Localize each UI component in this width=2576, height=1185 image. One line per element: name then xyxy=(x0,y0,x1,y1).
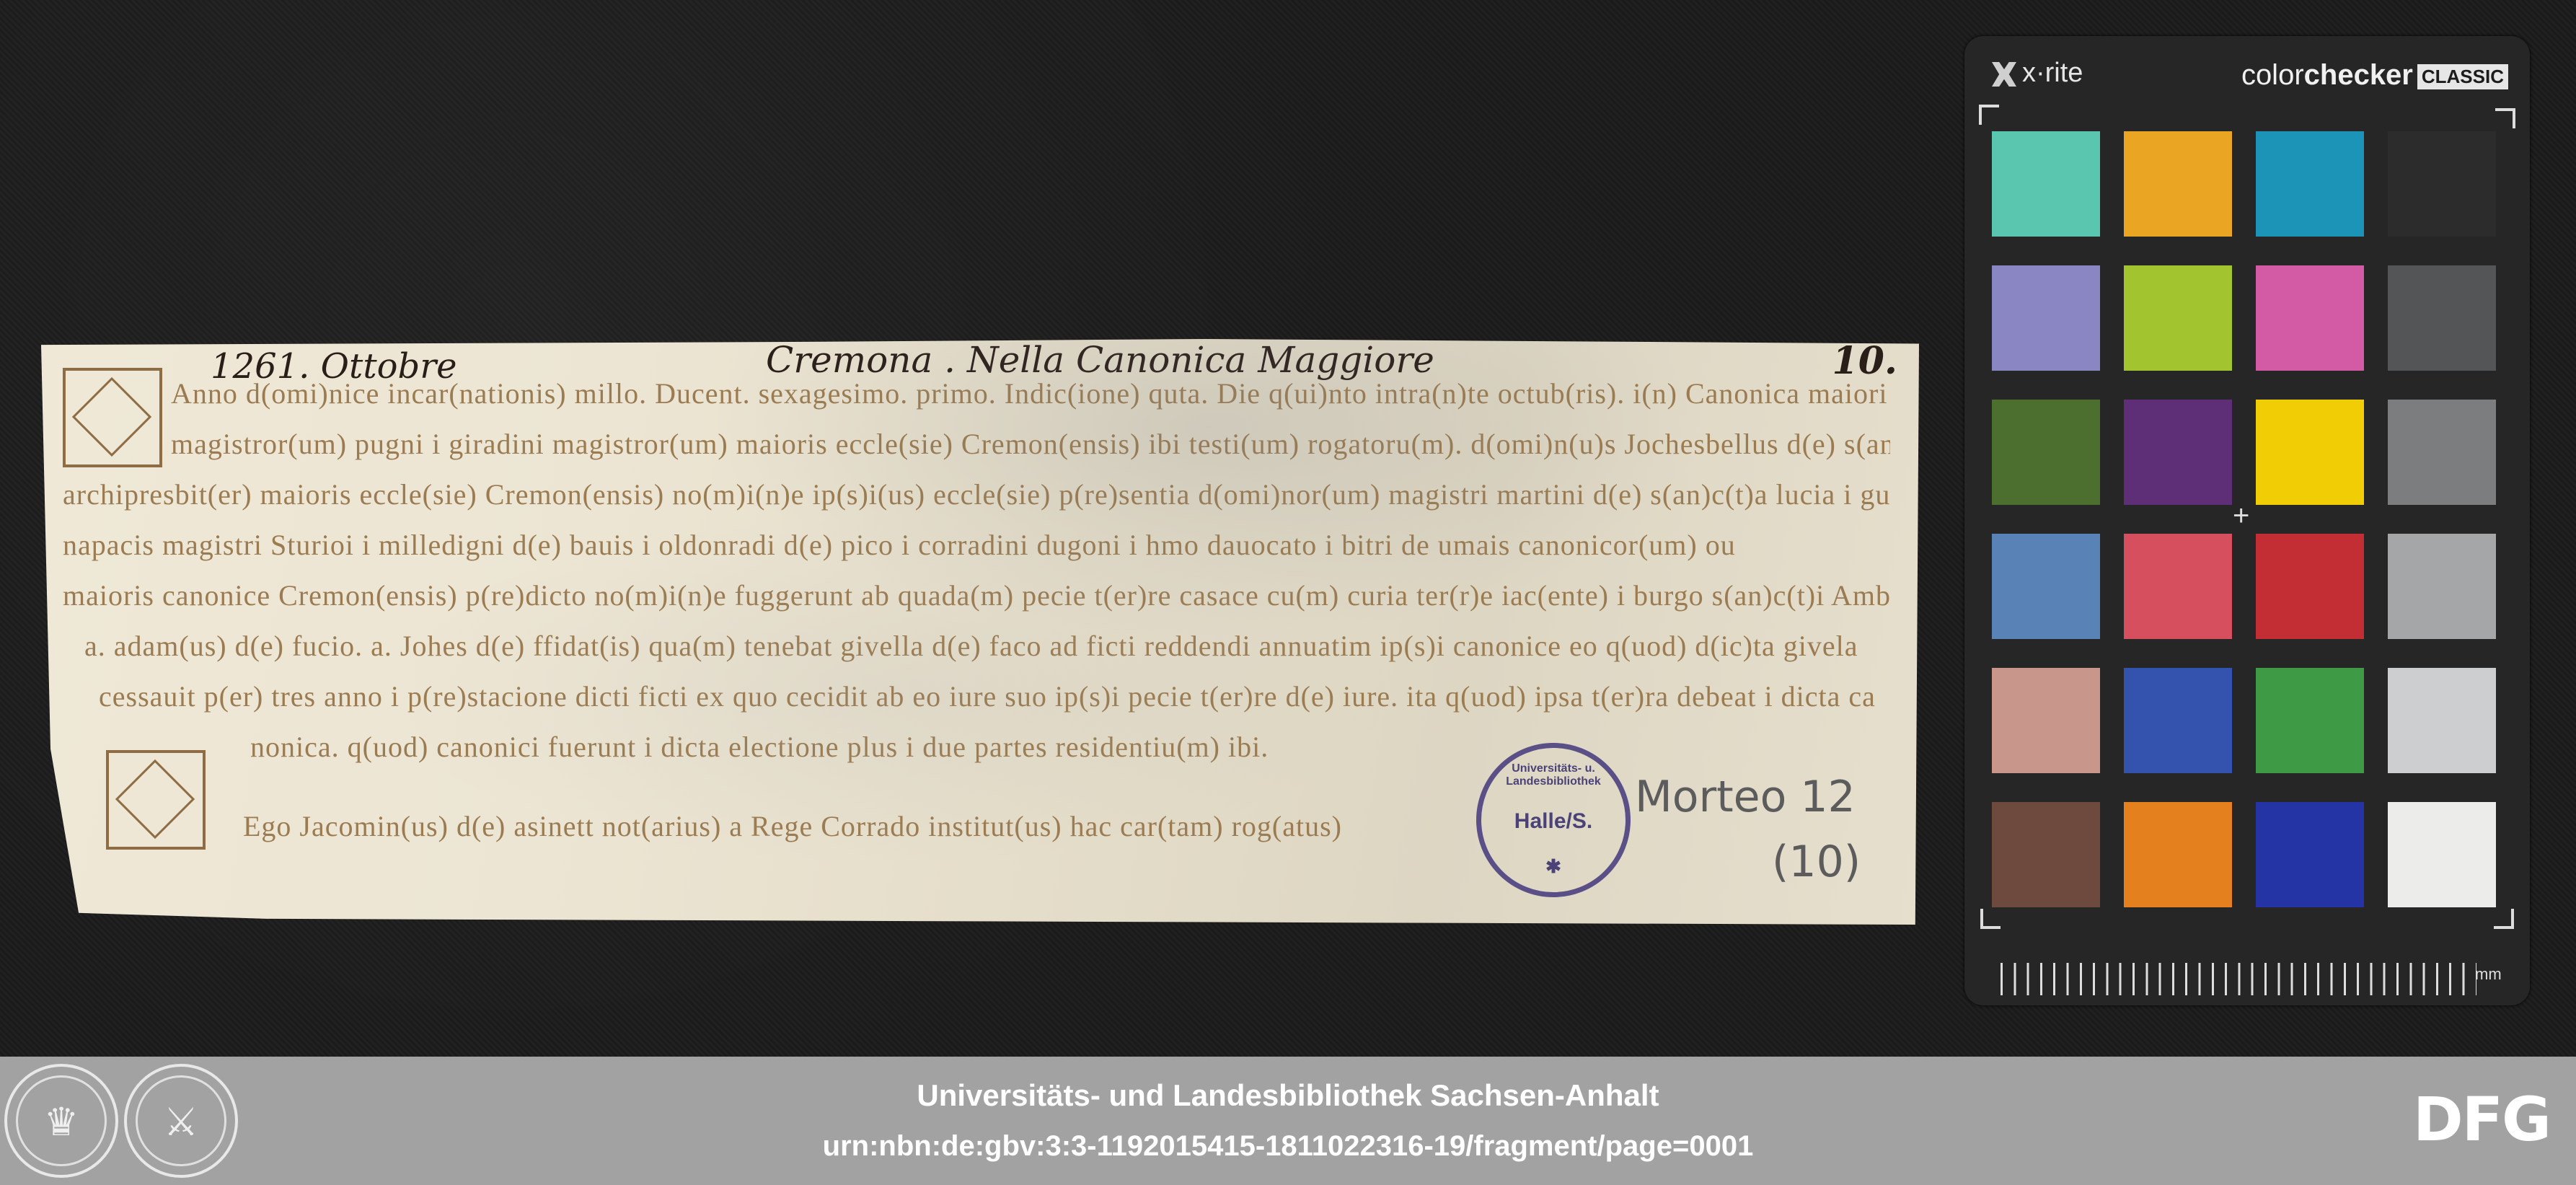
color-patch-blue-flower xyxy=(1992,265,2100,371)
text-line: Anno d(omi)nice incar(nationis) millo. D… xyxy=(171,376,1890,410)
color-patch-white xyxy=(2388,802,2496,907)
mm-ruler xyxy=(2001,963,2476,995)
classic-badge: CLASSIC xyxy=(2417,64,2508,89)
color-patch-neutral-8 xyxy=(2388,668,2496,773)
ruler-unit: mm xyxy=(2475,965,2502,984)
color-patch-bluish-green xyxy=(1992,131,2100,237)
color-patch-neutral-3.5 xyxy=(2388,265,2496,371)
dfg-logo: DFG xyxy=(2413,1084,2550,1155)
color-patch-blue-primary xyxy=(2256,802,2364,907)
pencil-shelfmark: Morteo 12 xyxy=(1635,772,1856,822)
color-patch-black xyxy=(2388,131,2496,237)
color-patch-light-skin xyxy=(1992,668,2100,773)
color-patch-dark-skin xyxy=(1992,802,2100,907)
registration-corner-icon xyxy=(1979,105,1999,125)
stamp-symbol-icon: ✱ xyxy=(1481,855,1626,878)
xrite-mark-icon xyxy=(1992,62,2016,87)
color-patch-orange-yellow xyxy=(2124,131,2232,237)
xrite-logo: x·rite xyxy=(1992,58,2083,89)
color-patch-red xyxy=(2256,534,2364,639)
text-line: cessauit p(er) tres anno i p(re)stacione… xyxy=(99,679,1890,713)
registration-corner-icon xyxy=(2495,108,2515,128)
pencil-number: (10) xyxy=(1772,837,1861,887)
crosshair-icon: + xyxy=(2233,501,2249,530)
footer-banner: ♛ ⚔ Universitäts- und Landesbibliothek S… xyxy=(0,1057,2576,1185)
registration-corner-icon xyxy=(2494,909,2514,929)
color-patch-magenta xyxy=(2256,265,2364,371)
stamp-ring-text: Universitäts- u. Landesbibliothek xyxy=(1481,762,1626,788)
color-patch-blue xyxy=(2124,668,2232,773)
color-patch-yellow-green xyxy=(2124,265,2232,371)
urn-identifier: urn:nbn:de:gbv:3:3-1192015415-1811022316… xyxy=(0,1130,2576,1163)
registration-corner-icon xyxy=(1980,909,2001,929)
color-patch-blue-sky xyxy=(1992,534,2100,639)
text-line: archipresbit(er) maioris eccle(sie) Crem… xyxy=(63,477,1890,511)
text-line: maioris canonice Cremon(ensis) p(re)dict… xyxy=(63,578,1890,612)
color-patch-orange xyxy=(2124,802,2232,907)
title-light: color xyxy=(2241,59,2304,91)
stamp-city: Halle/S. xyxy=(1481,809,1626,834)
color-patch-neutral-5 xyxy=(2388,400,2496,505)
color-checker-card: x·rite colorcheckerCLASSIC + mm xyxy=(1964,36,2530,1005)
text-line: nonica. q(uod) canonici fuerunt i dicta … xyxy=(250,730,1890,764)
colorchecker-title: colorcheckerCLASSIC xyxy=(2241,59,2508,92)
title-bold: checker xyxy=(2304,59,2413,91)
institution-name: Universitäts- und Landesbibliothek Sachs… xyxy=(0,1078,2576,1113)
color-patch-green xyxy=(2256,668,2364,773)
notary-signum-icon xyxy=(106,750,206,850)
color-patch-yellow xyxy=(2256,400,2364,505)
text-line: a. adam(us) d(e) fucio. a. Johes d(e) ff… xyxy=(84,629,1890,663)
xrite-wordmark: x·rite xyxy=(2022,58,2083,88)
text-line: napacis magistri Sturioi i milledigni d(… xyxy=(63,528,1890,562)
annotation-place: Cremona . Nella Canonica Maggiore xyxy=(766,339,1434,381)
color-patch-purple xyxy=(2124,400,2232,505)
annotation-number: 10. xyxy=(1832,339,1897,383)
annotation-date: 1261. Ottobre xyxy=(211,346,457,387)
text-line: magistror(um) pugni i giradini magistror… xyxy=(171,427,1890,461)
color-patch-neutral-6.5 xyxy=(2388,534,2496,639)
library-stamp: Universitäts- u. Landesbibliothek Halle/… xyxy=(1476,743,1631,897)
color-patch-foliage xyxy=(1992,400,2100,505)
decorated-initial-icon xyxy=(63,368,162,467)
color-patch-cyan xyxy=(2256,131,2364,237)
notary-subscription: Ego Jacomin(us) d(e) asinett not(arius) … xyxy=(243,809,1342,843)
color-patch-moderate-red xyxy=(2124,534,2232,639)
manuscript-parchment: 1261. Ottobre Cremona . Nella Canonica M… xyxy=(41,339,1919,925)
